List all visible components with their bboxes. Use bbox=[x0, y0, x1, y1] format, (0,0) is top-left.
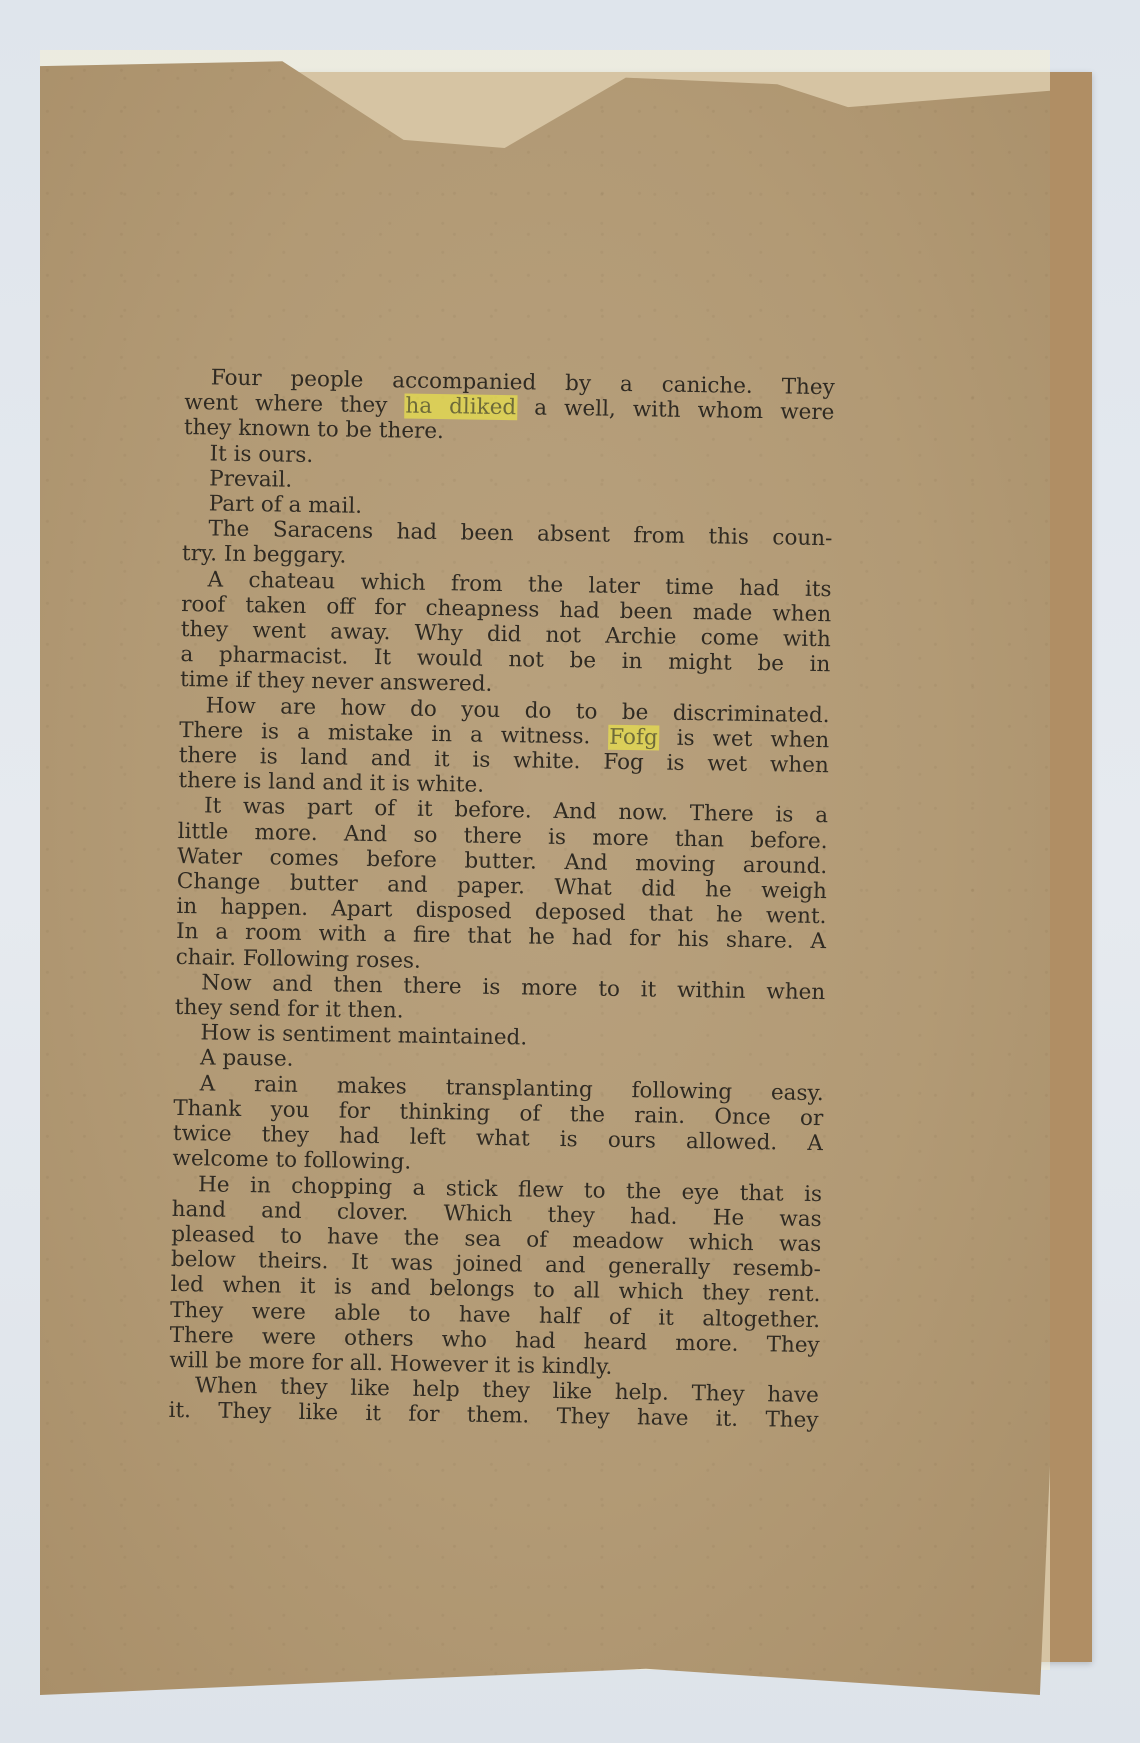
text-segment: try. In beggary. bbox=[182, 541, 347, 569]
highlighted-text: Fofg bbox=[608, 725, 659, 751]
text-segment: chair. Following roses. bbox=[176, 945, 421, 974]
text-segment: A pause. bbox=[200, 1046, 294, 1072]
text-segment: Prevail. bbox=[209, 466, 292, 492]
text-segment: a well, with whom were bbox=[517, 395, 835, 425]
text-segment: Part of a mail. bbox=[209, 491, 363, 518]
text-segment: went where they bbox=[184, 390, 404, 418]
text-segment: It is ours. bbox=[209, 441, 313, 468]
text-segment: is wet when bbox=[659, 725, 830, 753]
document-text: Four people accompanied by a caniche. Th… bbox=[168, 365, 835, 1434]
text-segment: they known to be there. bbox=[184, 415, 444, 444]
text-segment: they send for it then. bbox=[175, 995, 404, 1024]
text-segment: welcome to following. bbox=[172, 1146, 411, 1175]
highlighted-text: ha dliked bbox=[404, 394, 517, 421]
